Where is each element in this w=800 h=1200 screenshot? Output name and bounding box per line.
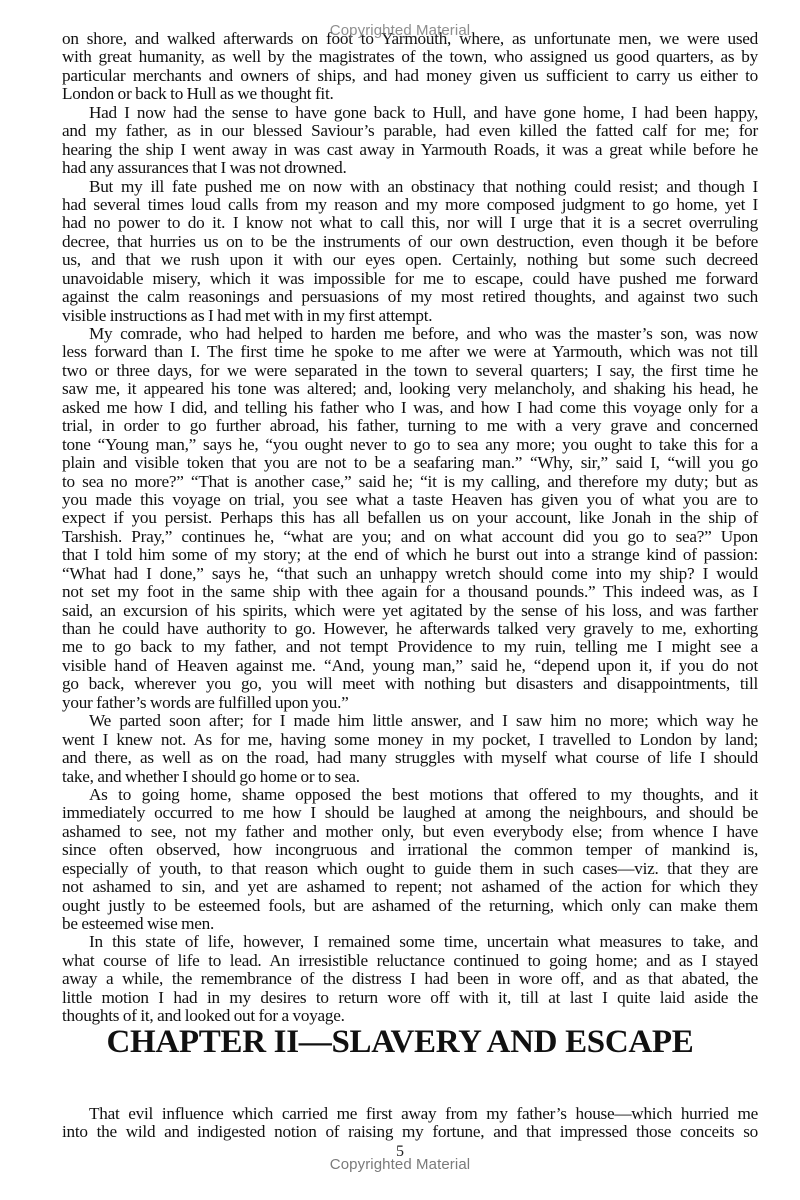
text-line: that I told him some of my story; at the… [62, 546, 758, 564]
text-line: little motion I had in my desires to ret… [62, 989, 758, 1007]
text-line: what course of life to lead. An irresist… [62, 952, 758, 970]
paragraph: My comrade, who had helped to harden me … [62, 325, 758, 712]
text-line: into the wild and indigested notion of r… [62, 1123, 758, 1141]
text-line: your father’s words are fulfilled upon y… [62, 694, 758, 712]
book-page: Copyrighted Material on shore, and walke… [0, 0, 800, 1200]
text-line: with great humanity, as well by the magi… [62, 48, 758, 66]
text-line: two or three days, for we were separated… [62, 362, 758, 380]
text-line: be esteemed wise men. [62, 915, 758, 933]
text-line: me to go back to my father, and not temp… [62, 638, 758, 656]
chapter-two-text: That evil influence which carried me fir… [62, 1105, 758, 1142]
text-line: tone “Young man,” says he, “you ought ne… [62, 436, 758, 454]
text-line: immediately occurred to me how I should … [62, 804, 758, 822]
paragraph: That evil influence which carried me fir… [62, 1105, 758, 1142]
text-line: not set my foot in the same ship with th… [62, 583, 758, 601]
text-line: ashamed to see, not my father and mother… [62, 823, 758, 841]
text-line: visible hand of Heaven against me. “And,… [62, 657, 758, 675]
text-line: decree, that hurries us on to be the ins… [62, 233, 758, 251]
text-line: “What had I done,” says he, “that such a… [62, 565, 758, 583]
text-line: In this state of life, however, I remain… [62, 933, 758, 951]
text-line: since often observed, how incongruous an… [62, 841, 758, 859]
text-line: you made this voyage on trial, you see w… [62, 491, 758, 509]
text-line: not ashamed to sin, and yet are ashamed … [62, 878, 758, 896]
text-line: said, an excursion of his spirits, which… [62, 602, 758, 620]
paragraph: We parted soon after; for I made him lit… [62, 712, 758, 786]
text-line: asked me how I did, and telling his fath… [62, 399, 758, 417]
text-line: unavoidable misery, which it was impossi… [62, 270, 758, 288]
copyright-watermark-bottom: Copyrighted Material [0, 1156, 800, 1173]
text-line: That evil influence which carried me fir… [62, 1105, 758, 1123]
text-line: especially of youth, to that reason whic… [62, 860, 758, 878]
text-line: had several times loud calls from my rea… [62, 196, 758, 214]
text-line: ought justly to be esteemed fools, but a… [62, 897, 758, 915]
chapter-one-text: on shore, and walked afterwards on foot … [62, 30, 758, 1026]
text-line: against the calm reasonings and persuasi… [62, 288, 758, 306]
text-line: particular merchants and owners of ships… [62, 67, 758, 85]
text-line: and my father, as in our blessed Saviour… [62, 122, 758, 140]
text-line: take, and whether I should go home or to… [62, 768, 758, 786]
text-line: and there, as well as on the road, had m… [62, 749, 758, 767]
text-line: expect if you persist. Perhaps this has … [62, 509, 758, 527]
text-line: Had I now had the sense to have gone bac… [62, 104, 758, 122]
text-line: saw me, it appeared his tone was altered… [62, 380, 758, 398]
paragraph: on shore, and walked afterwards on foot … [62, 30, 758, 104]
paragraph: Had I now had the sense to have gone bac… [62, 104, 758, 178]
text-line: visible instructions as I had met with i… [62, 307, 758, 325]
text-line: us, and that we rush upon it with our ey… [62, 251, 758, 269]
paragraph: In this state of life, however, I remain… [62, 933, 758, 1025]
paragraph: But my ill fate pushed me on now with an… [62, 178, 758, 326]
text-line: to sea no more?” “That is another case,”… [62, 473, 758, 491]
text-line: trial, in order to go further abroad, hi… [62, 417, 758, 435]
text-line: My comrade, who had helped to harden me … [62, 325, 758, 343]
text-line: went I knew not. As for me, having some … [62, 731, 758, 749]
text-line: than he could have authority to go. Howe… [62, 620, 758, 638]
text-line: less forward than I. The first time he s… [62, 343, 758, 361]
text-line: plain and visible token that you are not… [62, 454, 758, 472]
text-line: hearing the ship I went away in was cast… [62, 141, 758, 159]
text-line: had no power to do it. I know not what t… [62, 214, 758, 232]
text-line: thoughts of it, and looked out for a voy… [62, 1007, 758, 1025]
text-line: had any assurances that I was not drowne… [62, 159, 758, 177]
paragraph: As to going home, shame opposed the best… [62, 786, 758, 934]
text-line: Tarshish. Pray,” continues he, “what are… [62, 528, 758, 546]
text-line: As to going home, shame opposed the best… [62, 786, 758, 804]
chapter-heading: CHAPTER II—SLAVERY AND ESCAPE [0, 1024, 800, 1061]
text-line: go back, wherever you go, you will meet … [62, 675, 758, 693]
text-line: But my ill fate pushed me on now with an… [62, 178, 758, 196]
copyright-watermark-top: Copyrighted Material [0, 22, 800, 39]
text-line: We parted soon after; for I made him lit… [62, 712, 758, 730]
text-line: London or back to Hull as we thought fit… [62, 85, 758, 103]
text-line: away a while, the remembrance of the dis… [62, 970, 758, 988]
